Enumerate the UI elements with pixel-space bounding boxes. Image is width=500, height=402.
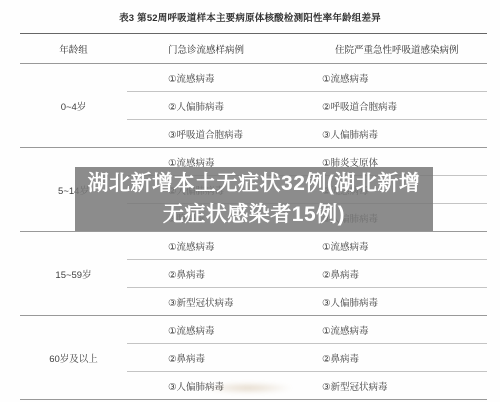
- table-row: ②鼻病毒 ②鼻病毒: [127, 344, 487, 372]
- ili-rank-cell: ①流感病毒: [127, 239, 320, 253]
- page: 表3 第52周呼吸道样本主要病原体核酸检测阳性率年龄组差异 年龄组 门急诊流感样…: [0, 0, 500, 402]
- sari-rank-cell: ①流感病毒: [320, 323, 487, 337]
- table-row: ①流感病毒 ①流感病毒: [127, 64, 487, 92]
- table-row: ①流感病毒 ①流感病毒: [127, 232, 487, 260]
- watermark-smudge: [203, 382, 293, 394]
- header-age-group: 年龄组: [20, 42, 127, 56]
- sari-rank-cell: ②鼻病毒: [320, 267, 487, 281]
- ili-rank-cell: ②鼻病毒: [127, 267, 320, 281]
- table-row: ③新型冠状病毒 ③人偏肺病毒: [127, 288, 487, 315]
- ili-rank-cell: ③呼吸道合胞病毒: [127, 127, 320, 141]
- table-title: 表3 第52周呼吸道样本主要病原体核酸检测阳性率年龄组差异: [0, 0, 500, 33]
- sari-rank-cell: ③新型冠状病毒: [320, 379, 487, 393]
- table-row: ②人偏肺病毒 ②呼吸道合胞病毒: [127, 92, 487, 120]
- table-row-group-15-59: 15~59岁 ①流感病毒 ①流感病毒 ②鼻病毒 ②鼻病毒 ③新型冠状病毒 ③人偏…: [20, 232, 487, 316]
- table-row: ①流感病毒 ①流感病毒: [127, 316, 487, 344]
- ili-rank-cell: ②人偏肺病毒: [127, 99, 320, 113]
- table-row: ②鼻病毒 ②鼻病毒: [127, 260, 487, 288]
- ili-rank-cell: ①流感病毒: [127, 323, 320, 337]
- sari-rank-cell: ①流感病毒: [320, 71, 487, 85]
- age-label: 15~59岁: [20, 232, 127, 315]
- sari-rank-cell: ③人偏肺病毒: [320, 295, 487, 309]
- header-outpatient-ili: 门急诊流感样病例: [127, 42, 320, 56]
- age-label: 0~4岁: [20, 64, 127, 147]
- table-row: ③人偏肺病毒 ③新型冠状病毒: [127, 372, 487, 399]
- ili-rank-cell: ②鼻病毒: [127, 351, 320, 365]
- table-header-row: 年龄组 门急诊流感样病例 住院严重急性呼吸道感染病例: [20, 34, 487, 64]
- header-hospitalized-sari: 住院严重急性呼吸道感染病例: [320, 42, 487, 56]
- table-row-group-0-4: 0~4岁 ①流感病毒 ①流感病毒 ②人偏肺病毒 ②呼吸道合胞病毒 ③呼吸道合胞病…: [20, 64, 487, 148]
- sari-rank-cell: ③人偏肺病毒: [320, 127, 487, 141]
- sari-rank-cell: ①流感病毒: [320, 239, 487, 253]
- sari-rank-cell: ②鼻病毒: [320, 351, 487, 365]
- age-label: 60岁及以上: [20, 316, 127, 399]
- headline-line-2: 无症状感染者15例): [163, 199, 345, 230]
- ili-rank-cell: ①流感病毒: [127, 71, 320, 85]
- headline-overlay: 湖北新增本土无症状32例(湖北新增 无症状感染者15例): [75, 167, 433, 231]
- headline-line-1: 湖北新增本土无症状32例(湖北新增: [88, 168, 421, 199]
- ili-rank-cell: ③新型冠状病毒: [127, 295, 320, 309]
- table-row: ③呼吸道合胞病毒 ③人偏肺病毒: [127, 120, 487, 147]
- sari-rank-cell: ②呼吸道合胞病毒: [320, 99, 487, 113]
